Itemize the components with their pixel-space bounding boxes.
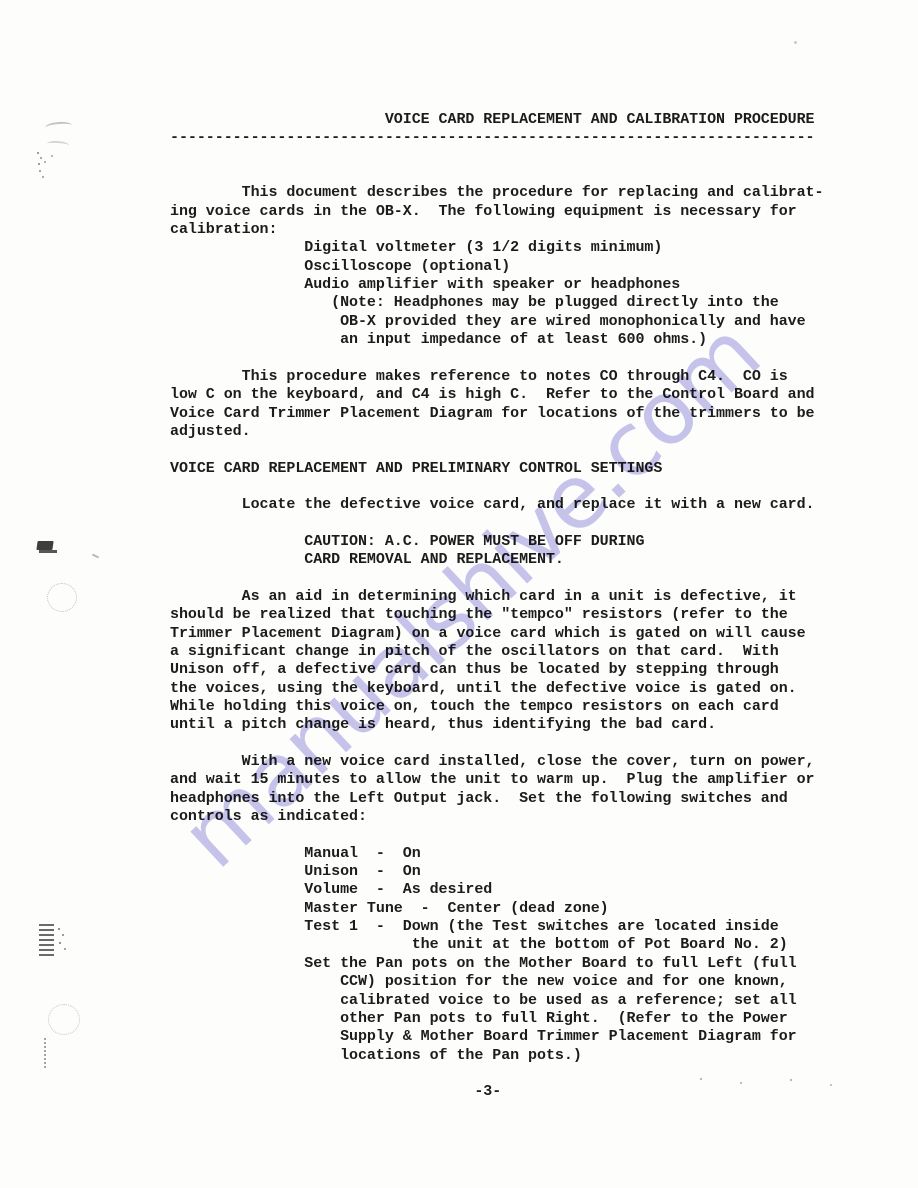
text-line: headphones into the Left Output jack. Se… — [170, 790, 823, 808]
scan-artifact-specks — [37, 152, 39, 154]
text-line: This procedure makes reference to notes … — [170, 368, 823, 386]
setting-line-pan-pots-cont: Supply & Mother Board Trimmer Placement … — [170, 1028, 823, 1046]
setting-line-test1: Test 1 - Down (the Test switches are loc… — [170, 918, 823, 936]
note-line: an input impedance of at least 600 ohms.… — [170, 331, 823, 349]
setting-line-manual: Manual - On — [170, 845, 823, 863]
setting-line-pan-pots-cont: other Pan pots to full Right. (Refer to … — [170, 1010, 823, 1028]
document-body: This document describes the procedure fo… — [170, 184, 823, 1065]
text-line: until a pitch change is heard, thus iden… — [170, 716, 823, 734]
scan-artifact-specks — [58, 928, 60, 930]
scan-artifact-marks — [39, 923, 54, 956]
text-line: Unison off, a defective card can thus be… — [170, 661, 823, 679]
blank-line — [170, 515, 823, 533]
setting-line-master-tune: Master Tune - Center (dead zone) — [170, 900, 823, 918]
blank-line — [170, 570, 823, 588]
setting-line-pan-pots-cont: CCW) position for the new voice and for … — [170, 973, 823, 991]
text-line: This document describes the procedure fo… — [170, 184, 823, 202]
text-line: With a new voice card installed, close t… — [170, 753, 823, 771]
document-footer: -3- — [170, 1083, 823, 1101]
blank-line — [170, 735, 823, 753]
note-line: (Note: Headphones may be plugged directl… — [170, 294, 823, 312]
scan-artifact-dotted-line — [44, 1038, 46, 1068]
caution-line: CAUTION: A.C. POWER MUST BE OFF DURING — [170, 533, 823, 551]
scan-artifact-tick — [92, 554, 99, 559]
document-header: VOICE CARD REPLACEMENT AND CALIBRATION P… — [170, 111, 823, 148]
scan-artifact-smudge — [39, 550, 57, 553]
text-line: adjusted. — [170, 423, 823, 441]
text-line: Voice Card Trimmer Placement Diagram for… — [170, 405, 823, 423]
note-line: OB-X provided they are wired monophonica… — [170, 313, 823, 331]
scan-artifact-circle — [47, 583, 77, 612]
setting-line-pan-pots-cont: locations of the Pan pots.) — [170, 1047, 823, 1065]
text-line: should be realized that touching the "te… — [170, 606, 823, 624]
text-line: a significant change in pitch of the osc… — [170, 643, 823, 661]
scan-artifact-speck — [794, 41, 797, 44]
caution-line: CARD REMOVAL AND REPLACEMENT. — [170, 551, 823, 569]
blank-line — [170, 478, 823, 496]
page-title: VOICE CARD REPLACEMENT AND CALIBRATION P… — [170, 111, 823, 129]
text-line: While holding this voice on, touch the t… — [170, 698, 823, 716]
section-heading: VOICE CARD REPLACEMENT AND PRELIMINARY C… — [170, 460, 823, 478]
setting-line-pan-pots-cont: calibrated voice to be used as a referen… — [170, 992, 823, 1010]
blank-line — [170, 441, 823, 459]
scan-artifact-squiggle — [47, 140, 69, 149]
title-rule: ----------------------------------------… — [170, 129, 823, 147]
text-line: and wait 15 minutes to allow the unit to… — [170, 771, 823, 789]
setting-line-volume: Volume - As desired — [170, 881, 823, 899]
scan-artifact-smudge — [36, 541, 53, 550]
equipment-list-item: Digital voltmeter (3 1/2 digits minimum) — [170, 239, 823, 257]
scan-artifact-squiggle — [45, 121, 73, 132]
page-number: -3- — [170, 1083, 823, 1101]
setting-line-unison: Unison - On — [170, 863, 823, 881]
text-line: the voices, using the keyboard, until th… — [170, 680, 823, 698]
text-line: calibration: — [170, 221, 823, 239]
text-line: Trimmer Placement Diagram) on a voice ca… — [170, 625, 823, 643]
scanned-manual-page: VOICE CARD REPLACEMENT AND CALIBRATION P… — [0, 0, 918, 1188]
text-line: ing voice cards in the OB-X. The followi… — [170, 203, 823, 221]
text-line: low C on the keyboard, and C4 is high C.… — [170, 386, 823, 404]
text-line: Locate the defective voice card, and rep… — [170, 496, 823, 514]
scan-artifact-circle — [48, 1004, 80, 1035]
equipment-list-item: Audio amplifier with speaker or headphon… — [170, 276, 823, 294]
blank-line — [170, 826, 823, 844]
typewritten-text-column: VOICE CARD REPLACEMENT AND CALIBRATION P… — [170, 111, 823, 1102]
text-line: controls as indicated: — [170, 808, 823, 826]
setting-line-pan-pots: Set the Pan pots on the Mother Board to … — [170, 955, 823, 973]
blank-line — [170, 349, 823, 367]
equipment-list-item: Oscilloscope (optional) — [170, 258, 823, 276]
text-line: As an aid in determining which card in a… — [170, 588, 823, 606]
setting-line-test1-cont: the unit at the bottom of Pot Board No. … — [170, 936, 823, 954]
